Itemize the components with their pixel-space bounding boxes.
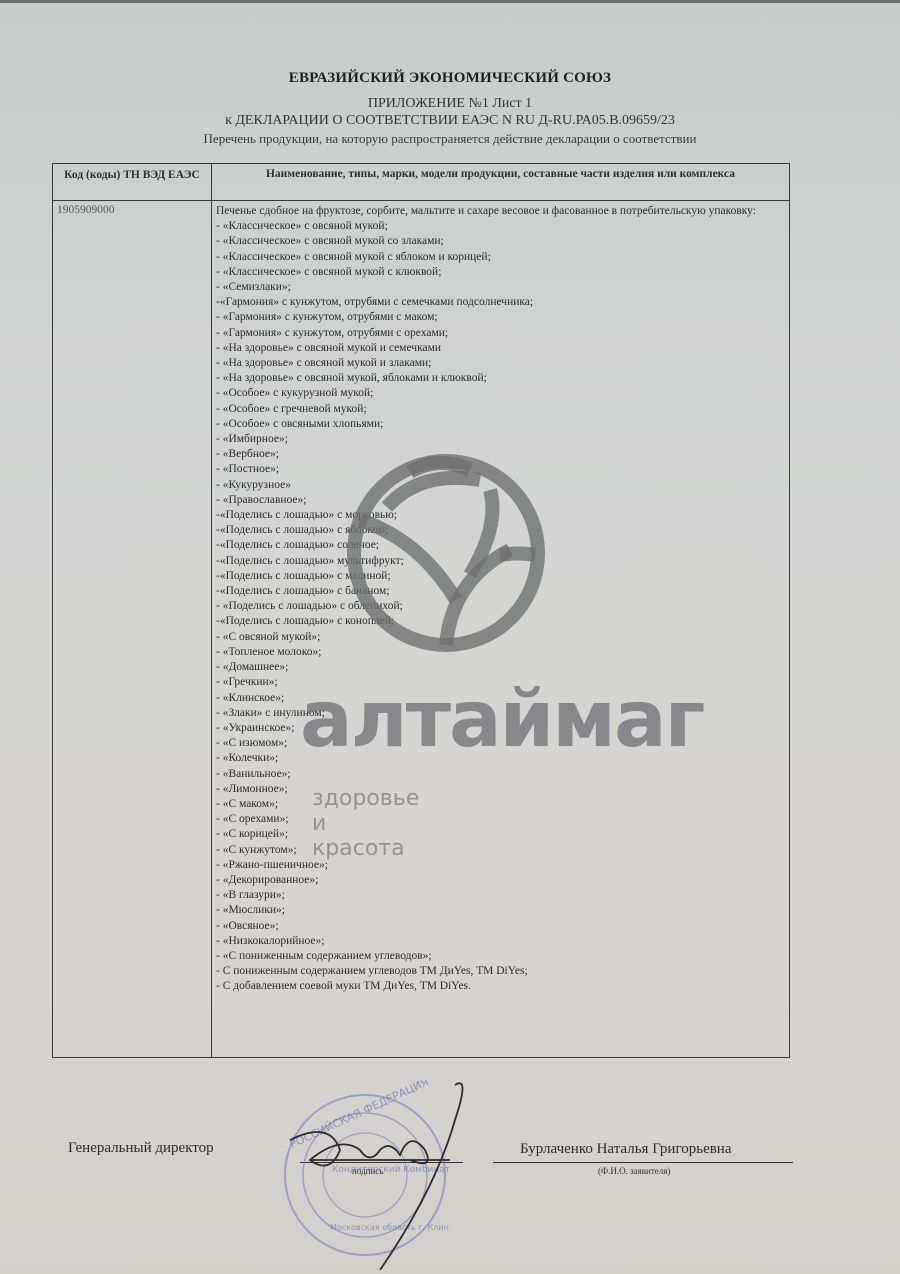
declaration-number: к ДЕКЛАРАЦИИ О СООТВЕТСТВИИ ЕАЭС N RU Д-… xyxy=(0,113,900,129)
list-item: - «С маком»; xyxy=(216,797,784,812)
name-line xyxy=(493,1162,793,1163)
list-item: - «В глазури»; xyxy=(216,888,784,903)
list-item: -«Поделись с лошадью» с морковью; xyxy=(216,508,784,523)
list-item: - «Злаки» с инулином; xyxy=(216,706,784,721)
list-item: - «Классическое» с овсяной мукой со злак… xyxy=(216,234,784,249)
list-item: - С пониженным содержанием углеводов ТМ … xyxy=(216,964,784,979)
list-item: - «Вербное»; xyxy=(216,447,784,462)
product-names-cell: Печенье сдобное на фруктозе, сорбите, ма… xyxy=(212,201,790,1058)
list-item: -«Поделись с лошадью» соленое; xyxy=(216,538,784,553)
list-item: - «Имбирное»; xyxy=(216,432,784,447)
list-item: - «С кунжутом»; xyxy=(216,843,784,858)
list-item: - «Мюслики»; xyxy=(216,903,784,918)
list-item: -«Поделись с лошадью» с бананом; xyxy=(216,584,784,599)
table-row: 1905909000 Печенье сдобное на фруктозе, … xyxy=(53,201,790,1058)
products-table: Код (коды) ТН ВЭД ЕАЭС Наименование, тип… xyxy=(52,163,790,1058)
list-item: - «Классическое» с овсяной мукой; xyxy=(216,219,784,234)
list-item: - «С орехами»; xyxy=(216,812,784,827)
annex-title: ПРИЛОЖЕНИЕ №1 Лист 1 xyxy=(0,96,900,112)
stamp-ring-text-top: РОССИЙСКАЯ ФЕДЕРАЦИЯ xyxy=(288,1080,431,1151)
list-item: - «Постное»; xyxy=(216,462,784,477)
list-item: - «Классическое» с овсяной мукой с клюкв… xyxy=(216,265,784,280)
list-item: - «Особое» с кукурузной мукой; xyxy=(216,386,784,401)
table-header-row: Код (коды) ТН ВЭД ЕАЭС Наименование, тип… xyxy=(53,164,790,201)
list-item: - С добавлением соевой муки ТМ ДиYes, ТМ… xyxy=(216,979,784,994)
list-item: -«Поделись с лошадью» мультифрукт; xyxy=(216,554,784,569)
company-stamp-icon: РОССИЙСКАЯ ФЕДЕРАЦИЯ Московская область … xyxy=(270,1080,490,1270)
list-item: - «Колечки»; xyxy=(216,751,784,766)
list-title: Перечень продукции, на которую распростр… xyxy=(0,131,900,147)
stamp-ring-text-bottom: Московская область г. Клин xyxy=(330,1223,449,1232)
list-item: - «Овсяное»; xyxy=(216,919,784,934)
list-item: - «Православное»; xyxy=(216,493,784,508)
list-item: - «Лимонное»; xyxy=(216,782,784,797)
list-item: - «Поделись с лошадью» с облепихой; xyxy=(216,599,784,614)
list-item: - «Ванильное»; xyxy=(216,767,784,782)
list-item: - «Декорированное»; xyxy=(216,873,784,888)
union-title: ЕВРАЗИЙСКИЙ ЭКОНОМИЧЕСКИЙ СОЮЗ xyxy=(0,70,900,87)
list-item: - «Классическое» с овсяной мукой с яблок… xyxy=(216,250,784,265)
list-item: - «Низкокалорийное»; xyxy=(216,934,784,949)
list-item: - «С пониженным содержанием углеводов»; xyxy=(216,949,784,964)
signer-name: Бурлаченко Наталья Григорьевна xyxy=(520,1141,732,1158)
list-item: - «Ржано-пшеничное»; xyxy=(216,858,784,873)
name-label: (Ф.И.О. заявителя) xyxy=(598,1166,670,1176)
list-item: - «Семизлаки»; xyxy=(216,280,784,295)
list-item: - «Кукурузное» xyxy=(216,478,784,493)
list-item: - «Гречкин»; xyxy=(216,675,784,690)
list-item: - «Клинское»; xyxy=(216,691,784,706)
list-item: - «Особое» с овсяными хлопьями; xyxy=(216,417,784,432)
column-header-code: Код (коды) ТН ВЭД ЕАЭС xyxy=(53,164,212,201)
list-item: -«Поделись с лошадью» с яблоком; xyxy=(216,523,784,538)
signer-role: Генеральный директор xyxy=(68,1140,214,1157)
hs-code-cell: 1905909000 xyxy=(53,201,212,1058)
list-item: -«Поделись с лошадью» с малиной; xyxy=(216,569,784,584)
list-item: - «С корицей»; xyxy=(216,827,784,842)
list-item: - «На здоровье» с овсяной мукой и злакам… xyxy=(216,356,784,371)
list-item: - «С изюмом»; xyxy=(216,736,784,751)
list-item: - «Домашнее»; xyxy=(216,660,784,675)
list-item: -«Поделись с лошадью» с коноплей; xyxy=(216,614,784,629)
list-item: - «Топленое молоко»; xyxy=(216,645,784,660)
list-item: - «Гармония» с кунжутом, отрубями с орех… xyxy=(216,326,784,341)
column-header-name: Наименование, типы, марки, модели продук… xyxy=(212,164,790,201)
page-top-edge xyxy=(0,0,900,3)
document-header: ЕВРАЗИЙСКИЙ ЭКОНОМИЧЕСКИЙ СОЮЗ ПРИЛОЖЕНИ… xyxy=(0,70,900,147)
product-intro: Печенье сдобное на фруктозе, сорбите, ма… xyxy=(216,204,784,219)
list-item: - «На здоровье» с овсяной мукой, яблокам… xyxy=(216,371,784,386)
stamp-center-text: Кондитерский Комбинат xyxy=(332,1165,450,1175)
list-item: -«Гармония» с кунжутом, отрубями с семеч… xyxy=(216,295,784,310)
list-item: - «Гармония» с кунжутом, отрубями с мако… xyxy=(216,310,784,325)
list-item: - «Особое» с гречневой мукой; xyxy=(216,402,784,417)
product-list: - «Классическое» с овсяной мукой;- «Клас… xyxy=(216,219,784,994)
list-item: - «Украинское»; xyxy=(216,721,784,736)
list-item: - «С овсяной мукой»; xyxy=(216,630,784,645)
list-item: - «На здоровье» с овсяной мукой и семечк… xyxy=(216,341,784,356)
